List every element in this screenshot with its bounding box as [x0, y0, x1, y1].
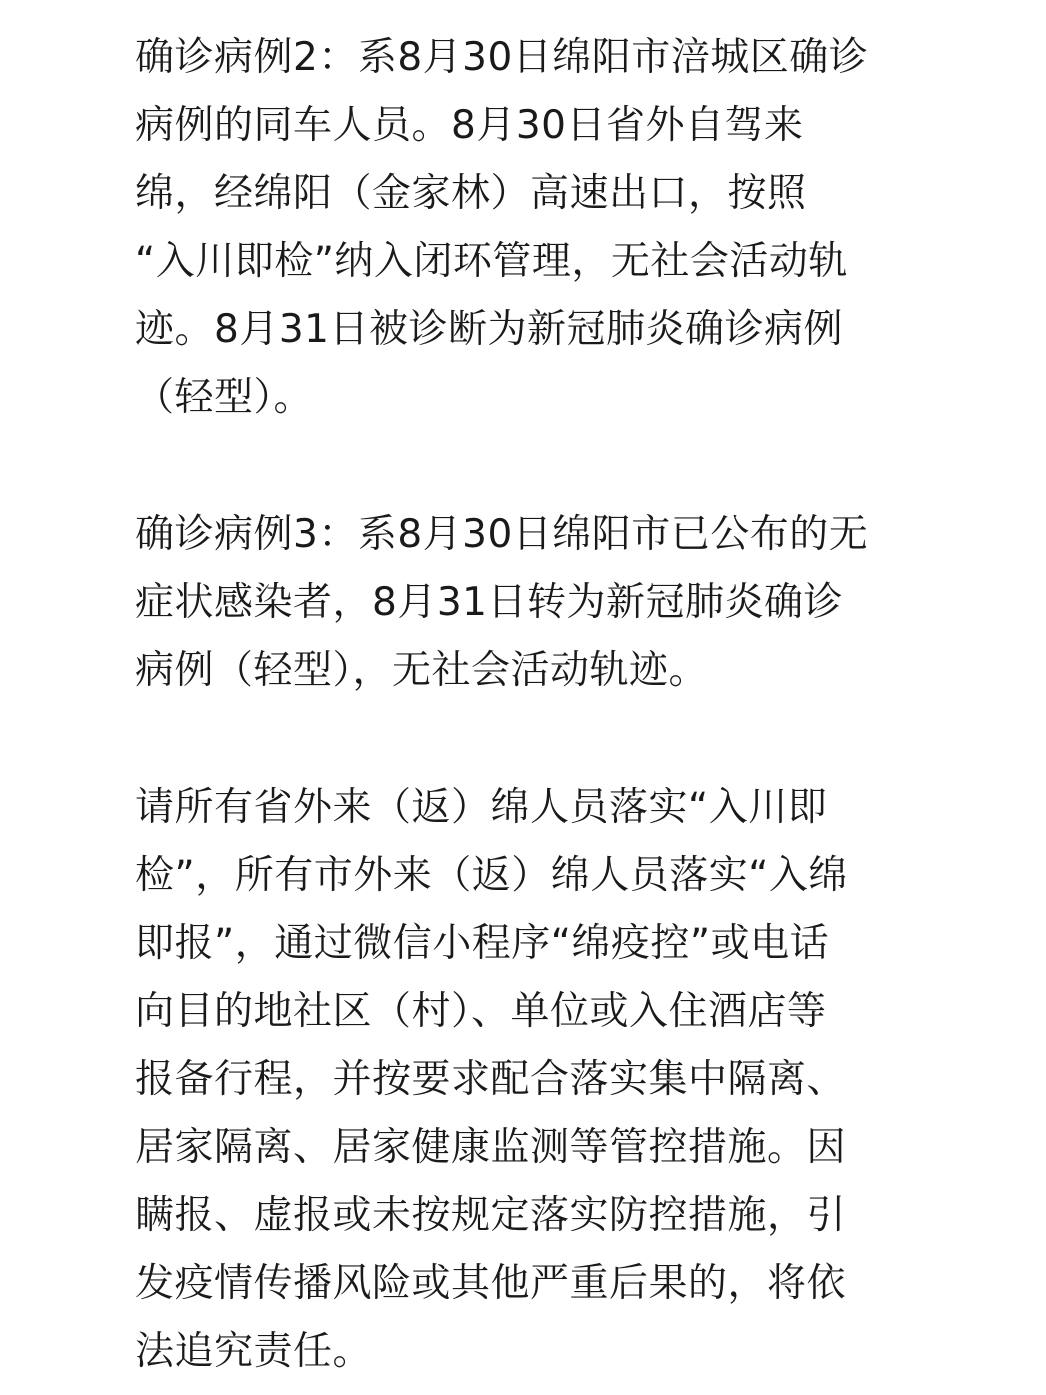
- text-line: 报备行程，并按要求配合落实集中隔离、: [135, 1046, 915, 1114]
- text-line: 确诊病例2：系8月30日绵阳市涪城区确诊: [135, 24, 915, 92]
- paragraph-notice: 请所有省外来（返）绵人员落实“入川即 检”，所有市外来（返）绵人员落实“入绵 即…: [135, 774, 915, 1386]
- text-line: 确诊病例3：系8月30日绵阳市已公布的无: [135, 501, 915, 569]
- text-line: 向目的地社区（村）、单位或入住酒店等: [135, 978, 915, 1046]
- text-line: 迹。8月31日被诊断为新冠肺炎确诊病例: [135, 296, 915, 364]
- text-line: 即报”，通过微信小程序“绵疫控”或电话: [135, 910, 915, 978]
- text-line: 法追究责任。: [135, 1318, 915, 1386]
- text-line: 检”，所有市外来（返）绵人员落实“入绵: [135, 842, 915, 910]
- text-line: 病例（轻型），无社会活动轨迹。: [135, 637, 915, 705]
- text-line: 发疫情传播风险或其他严重后果的，将依: [135, 1250, 915, 1318]
- paragraph-spacer: [135, 432, 915, 501]
- paragraph-case-3: 确诊病例3：系8月30日绵阳市已公布的无 症状感染者，8月31日转为新冠肺炎确诊…: [135, 501, 915, 705]
- paragraph-spacer: [135, 705, 915, 774]
- article-body: 确诊病例2：系8月30日绵阳市涪城区确诊 病例的同车人员。8月30日省外自驾来 …: [135, 24, 915, 1386]
- text-line: （轻型）。: [135, 364, 915, 432]
- text-line: 症状感染者，8月31日转为新冠肺炎确诊: [135, 569, 915, 637]
- text-line: 请所有省外来（返）绵人员落实“入川即: [135, 774, 915, 842]
- text-line: 瞒报、虚报或未按规定落实防控措施，引: [135, 1182, 915, 1250]
- text-line: 绵，经绵阳（金家林）高速出口，按照: [135, 160, 915, 228]
- text-line: “入川即检”纳入闭环管理，无社会活动轨: [135, 228, 915, 296]
- paragraph-case-2: 确诊病例2：系8月30日绵阳市涪城区确诊 病例的同车人员。8月30日省外自驾来 …: [135, 24, 915, 432]
- text-line: 居家隔离、居家健康监测等管控措施。因: [135, 1114, 915, 1182]
- text-line: 病例的同车人员。8月30日省外自驾来: [135, 92, 915, 160]
